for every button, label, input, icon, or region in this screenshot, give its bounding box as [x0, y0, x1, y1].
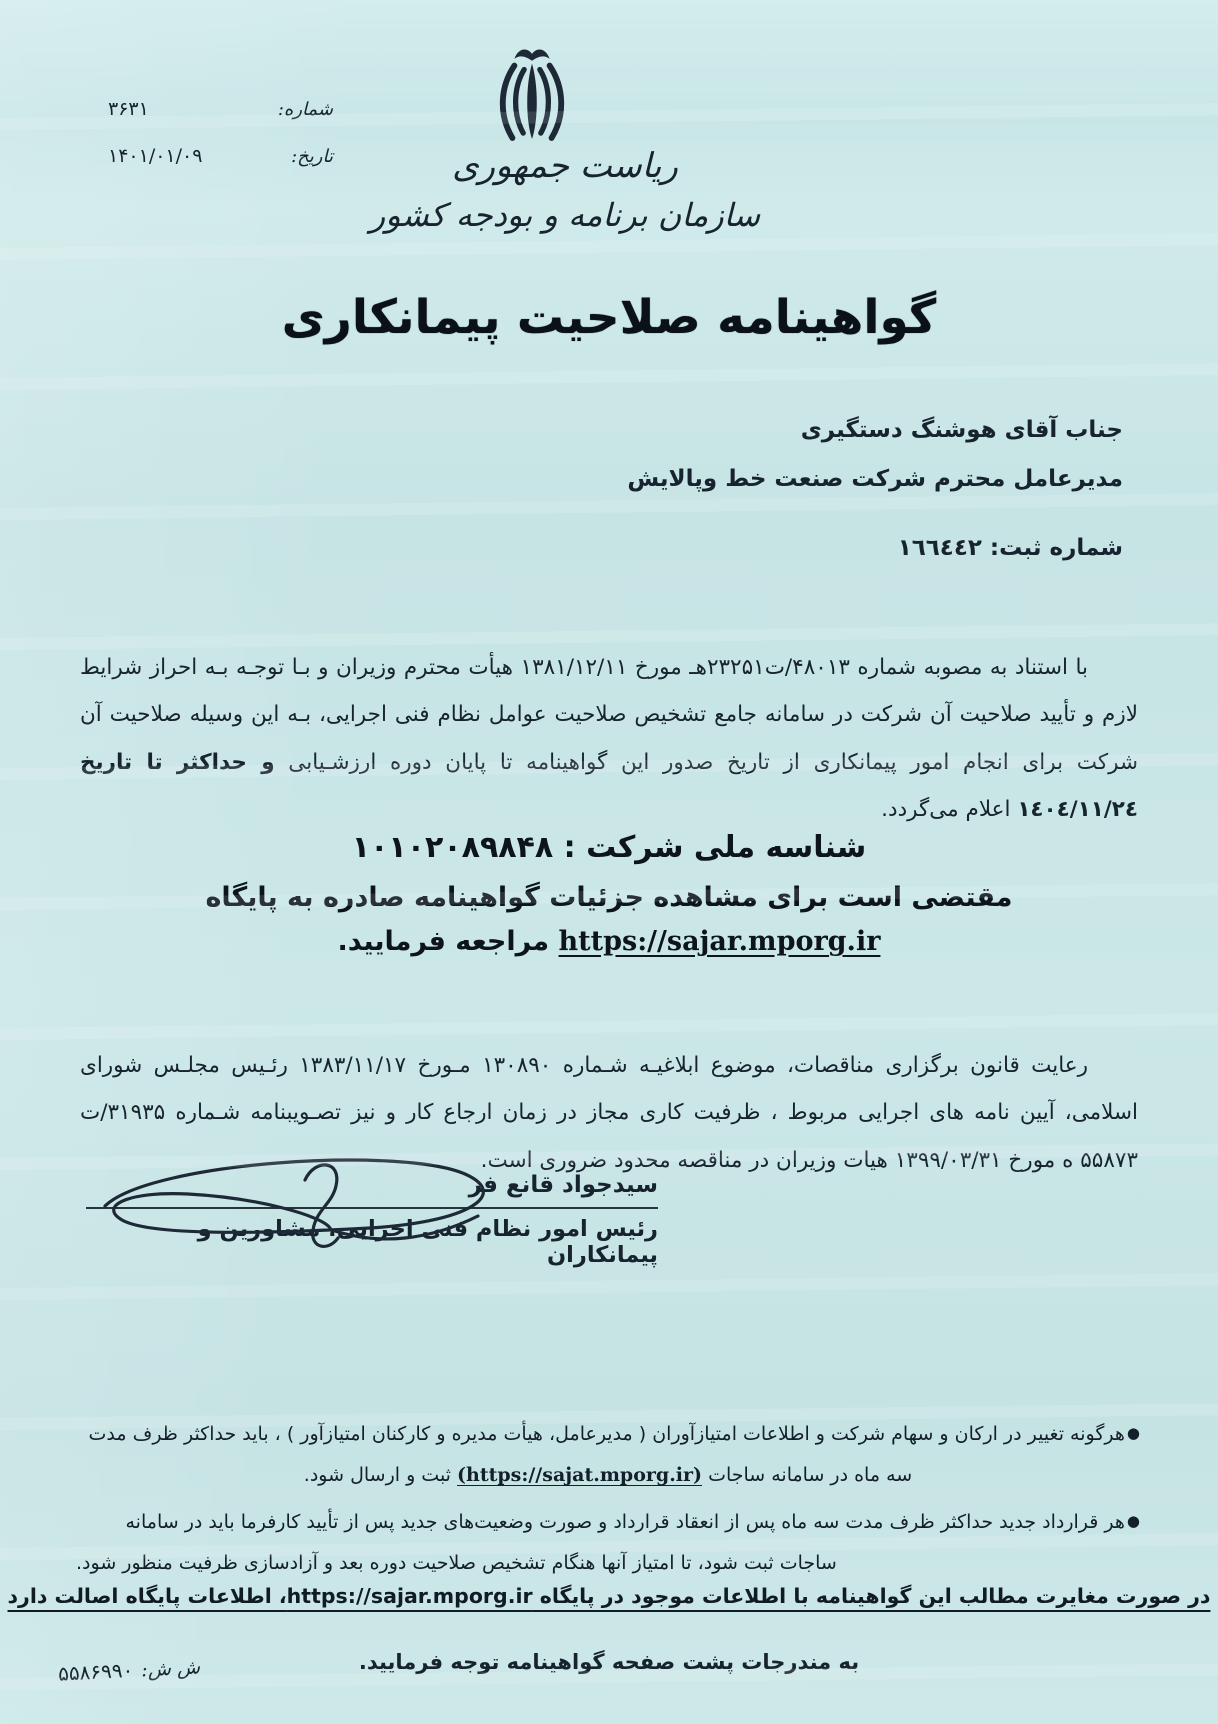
- company-national-id: شناسه ملی شرکت : ۱۰۱۰۲۰۸۹۸۴۸: [0, 830, 1218, 865]
- footnote-2-line-2: ساجات ثبت شود، تا امتیاز آنها هنگام تشخی…: [76, 1548, 1140, 1579]
- signer-name: سیدجواد قانع فر: [86, 1172, 658, 1209]
- authenticity-notice: در صورت مغایرت مطالب این گواهینامه با اط…: [0, 1584, 1218, 1608]
- iran-coat-of-arms-icon: [488, 44, 576, 142]
- org-header: ریاست جمهوری سازمان برنامه و بودجه کشور: [0, 146, 1130, 234]
- view-details-line: مقتضی است برای مشاهده جزئیات گواهینامه ص…: [0, 882, 1218, 913]
- recipient-role-company: مدیرعامل محترم شرکت صنعت خط وپالایش: [627, 455, 1123, 504]
- footnote-1-pre: سه ماه در سامانه ساجات: [702, 1464, 912, 1486]
- footnote-2-text: هر قرارداد جدید حداکثر ظرف مدت سه ماه پس…: [126, 1511, 1125, 1533]
- footnote-1-post: ثبت و ارسال شود.: [304, 1464, 457, 1486]
- bullet-icon: ●: [1125, 1424, 1140, 1442]
- authenticity-notice-text: در صورت مغایرت مطالب این گواهینامه با اط…: [8, 1584, 1211, 1608]
- body-paragraph-2: رعایت قانون برگزاری مناقصات، موضوع ابلاغ…: [80, 1042, 1138, 1185]
- sajar-url: https://sajar.mporg.ir: [559, 926, 881, 957]
- sajar-url-line: https://sajar.mporg.ir مراجعه فرمایید.: [0, 926, 1218, 957]
- footnote-2-line-1: ●هر قرارداد جدید حداکثر ظرف مدت سه ماه پ…: [76, 1506, 1140, 1538]
- footnote-1-line-1: ●هرگونه تغییر در ارکان و سهام شرکت و اطل…: [76, 1418, 1140, 1450]
- serial-label: ش ش:: [141, 1656, 201, 1681]
- letter-number-value: ۳۶۳۱: [108, 98, 149, 120]
- footnote-1-text: هرگونه تغییر در ارکان و سهام شرکت و اطلا…: [89, 1423, 1125, 1445]
- footnotes-block: ●هرگونه تغییر در ارکان و سهام شرکت و اطل…: [76, 1418, 1140, 1579]
- registration-number: شماره ثبت: ١٦٦٤٤٢: [627, 535, 1123, 561]
- recipient-block: جناب آقای هوشنگ دستگیری مدیرعامل محترم ش…: [627, 406, 1123, 561]
- paragraph1-tail: اعلام می‌گردد.: [881, 797, 1010, 822]
- letter-number-row: شماره: ۳۶۳۱: [108, 98, 333, 120]
- signer-title: رئیس امور نظام فنی اجرایی، مشاورین و پیم…: [86, 1216, 658, 1268]
- org-pbo-line: سازمان برنامه و بودجه کشور: [0, 196, 1130, 234]
- notice-part1: در صورت مغایرت مطالب این گواهینامه با اط…: [533, 1584, 1211, 1608]
- sajat-url: (https://sajat.mporg.ir): [457, 1464, 702, 1486]
- highlight-block: شناسه ملی شرکت : ۱۰۱۰۲۰۸۹۸۴۸ مقتضی است ب…: [0, 830, 1218, 957]
- org-presidency-line: ریاست جمهوری: [0, 146, 1130, 186]
- body-paragraph-1: با استناد به مصوبه شماره ۴۸۰۱۳/ت۲۳۲۵۱هـ …: [80, 644, 1138, 834]
- letter-number-label: شماره:: [278, 99, 333, 120]
- refer-text: مراجعه فرمایید.: [338, 926, 550, 957]
- certificate-page: شماره: ۳۶۳۱ تاریخ: ۱۴۰۱/۰۱/۰۹ ریاست جمهو…: [0, 0, 1218, 1724]
- bullet-icon: ●: [1125, 1512, 1140, 1530]
- footnote-1-line-2: سه ماه در سامانه ساجات (https://sajat.mp…: [76, 1460, 1140, 1491]
- recipient-name: جناب آقای هوشنگ دستگیری: [627, 406, 1123, 455]
- signature-block: سیدجواد قانع فر رئیس امور نظام فنی اجرای…: [86, 1172, 658, 1268]
- serial-value: ۵۵۸۶۹۹۰: [57, 1658, 133, 1686]
- notice-part2: ، اطلاعات پایگاه اصالت دارد: [8, 1584, 287, 1608]
- page-title: گواهینامه صلاحیت پیمانکاری: [0, 290, 1218, 345]
- sajar-url: https://sajar.mporg.ir: [287, 1584, 533, 1608]
